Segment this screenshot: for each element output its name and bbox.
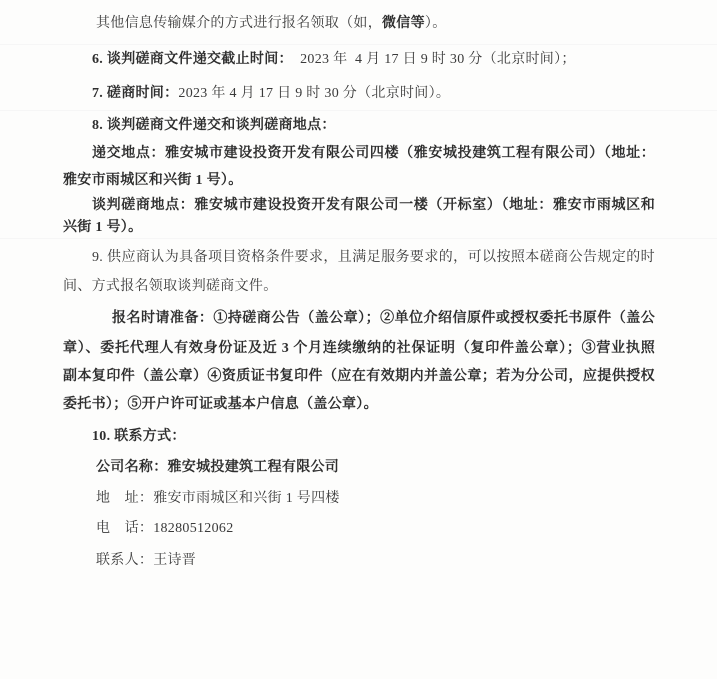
text-segment: 章）、委托代理人有效身份证及近 3 个月连续缴纳的社保证明（复印件盖公章）；③营… <box>63 341 655 356</box>
text-segment: 地 址：雅安市雨城区和兴街 1 号四楼 <box>96 491 340 506</box>
text-segment: 其他信息传输媒介的方式进行报名领取（如， <box>96 16 382 31</box>
text-segment: 递交地点：雅安城市建设投资开发有限公司四楼（雅安城投建筑工程有限公司）（地址： <box>92 146 655 161</box>
text-segment: 雅安市雨城区和兴街 1 号）。 <box>63 173 243 188</box>
document-line: 章）、委托代理人有效身份证及近 3 个月连续缴纳的社保证明（复印件盖公章）；③营… <box>63 339 655 359</box>
document-line: 副本复印件（盖公章）④资质证书复印件（应在有效期内并盖公章；若为分公司，应提供授… <box>63 367 655 387</box>
document-line: 其他信息传输媒介的方式进行报名领取（如，微信等）。 <box>96 14 447 34</box>
document-line: 公司名称：雅安城投建筑工程有限公司 <box>96 458 339 478</box>
document-page: 其他信息传输媒介的方式进行报名领取（如，微信等）。6. 谈判磋商文件递交截止时间… <box>0 0 717 679</box>
scan-artifact <box>0 110 717 111</box>
text-segment: 谈判磋商地点：雅安城市建设投资开发有限公司一楼（开标室）（地址：雅安市雨城区和 <box>92 198 655 213</box>
document-line: 8. 谈判磋商文件递交和谈判磋商地点： <box>92 116 336 136</box>
text-segment: 2023 年 4 月 17 日 9 时 30 分（北京时间）； <box>286 52 576 67</box>
text-segment: ）。 <box>425 16 447 31</box>
document-line: 6. 谈判磋商文件递交截止时间： 2023 年 4 月 17 日 9 时 30 … <box>92 50 576 70</box>
text-segment: 7. 磋商时间： <box>92 86 178 101</box>
text-segment: 公司名称：雅安城投建筑工程有限公司 <box>96 460 339 475</box>
text-segment: 联系人：王诗晋 <box>96 553 196 568</box>
document-line: 9. 供应商认为具备项目资格条件要求，且满足服务要求的，可以按照本磋商公告规定的… <box>92 248 655 268</box>
text-segment: 电 话：18280512062 <box>96 521 234 536</box>
text-segment: 副本复印件（盖公章）④资质证书复印件（应在有效期内并盖公章；若为分公司，应提供授… <box>63 369 655 384</box>
document-line: 间、方式报名领取谈判磋商文件。 <box>63 277 278 297</box>
scan-artifact <box>0 44 717 45</box>
text-segment: 兴街 1 号）。 <box>63 220 142 235</box>
text-segment: 9. 供应商认为具备项目资格条件要求，且满足服务要求的，可以按照本磋商公告规定的… <box>92 250 655 265</box>
document-line: 地 址：雅安市雨城区和兴街 1 号四楼 <box>96 489 340 509</box>
text-segment: 间、方式报名领取谈判磋商文件。 <box>63 279 278 294</box>
text-segment: 微信等 <box>382 16 425 31</box>
document-line: 委托书）；⑤开户许可证或基本户信息（盖公章）。 <box>63 395 378 415</box>
text-segment: 6. 谈判磋商文件递交截止时间： <box>92 52 286 67</box>
document-line: 联系人：王诗晋 <box>96 551 196 571</box>
text-segment: 报名时请准备：①持磋商公告（盖公章）；②单位介绍信原件或授权委托书原件（盖公 <box>112 311 655 326</box>
document-line: 10. 联系方式： <box>92 427 186 447</box>
document-line: 递交地点：雅安城市建设投资开发有限公司四楼（雅安城投建筑工程有限公司）（地址： <box>92 144 655 164</box>
text-segment: 2023 年 4 月 17 日 9 时 30 分（北京时间）。 <box>178 86 450 101</box>
document-line: 报名时请准备：①持磋商公告（盖公章）；②单位介绍信原件或授权委托书原件（盖公 <box>112 309 655 329</box>
text-segment: 8. 谈判磋商文件递交和谈判磋商地点： <box>92 118 336 133</box>
text-segment: 委托书）；⑤开户许可证或基本户信息（盖公章）。 <box>63 397 378 412</box>
scan-artifact <box>0 238 717 239</box>
document-line: 7. 磋商时间：2023 年 4 月 17 日 9 时 30 分（北京时间）。 <box>92 84 450 104</box>
text-segment: 10. 联系方式： <box>92 429 186 444</box>
document-line: 兴街 1 号）。 <box>63 218 142 238</box>
document-line: 谈判磋商地点：雅安城市建设投资开发有限公司一楼（开标室）（地址：雅安市雨城区和 <box>92 196 655 216</box>
document-line: 电 话：18280512062 <box>96 519 234 539</box>
document-line: 雅安市雨城区和兴街 1 号）。 <box>63 171 243 191</box>
